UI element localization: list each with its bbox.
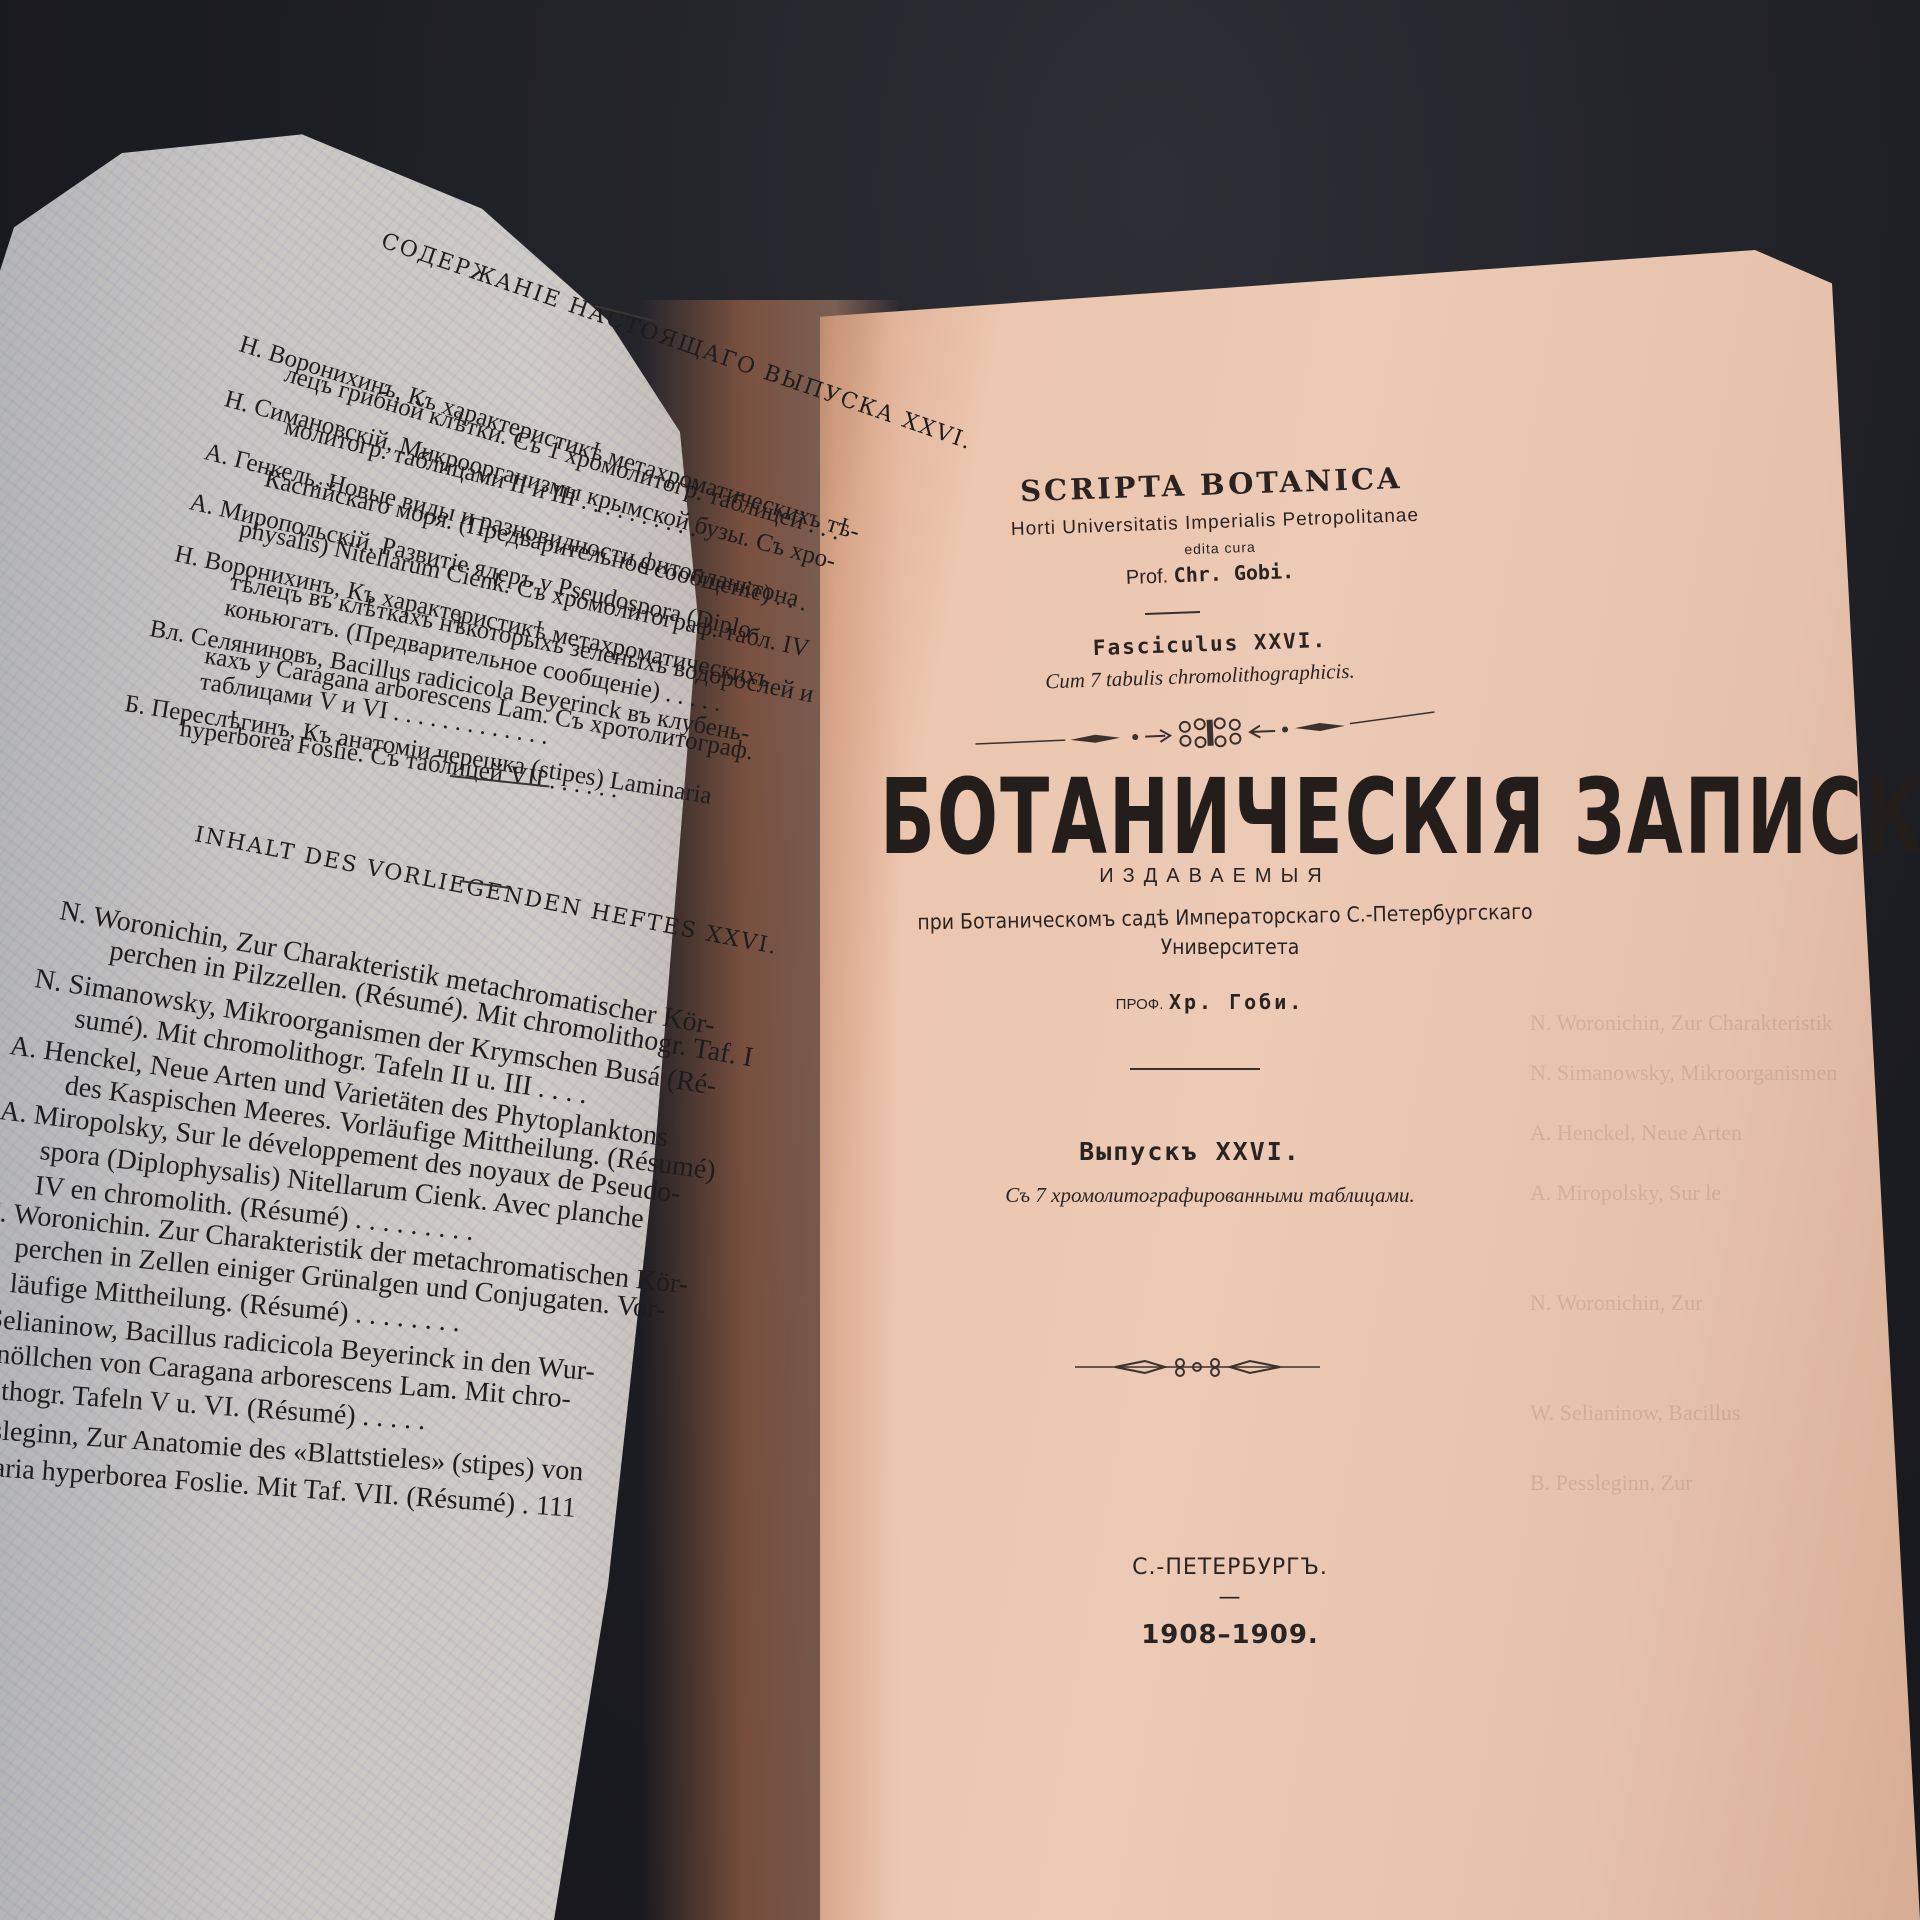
russian-editor-prefix: ПРОФ.: [1116, 996, 1164, 1013]
editor-prefix: Prof.: [1126, 565, 1169, 588]
russian-editor-name: Хр. Гоби.: [1169, 990, 1304, 1014]
published-label: ИЗДАВАЕМЫЯ: [1050, 865, 1380, 888]
ornamental-divider-small-icon: [1075, 1352, 1320, 1382]
russian-title: БОТАНИЧЕСКІЯ ЗАПИСКИ,: [880, 756, 1620, 878]
contents-page-content: СОДЕРЖАНІЕ НАСТОЯЩАГО ВЫПУСКА XXVI. Н. В…: [0, 0, 900, 1920]
dash-separator: —: [1180, 1585, 1280, 1610]
russian-editor-line: ПРОФ. Хр. Гоби.: [1060, 990, 1360, 1015]
publication-years: 1908–1909.: [1080, 1620, 1380, 1650]
editor-name: Chr. Gobi.: [1173, 559, 1294, 587]
issue-note: Съ 7 хромолитографированными таблицами.: [920, 1183, 1500, 1208]
divider-medium: [1130, 1068, 1260, 1070]
publisher-line-2: Университета: [1080, 935, 1380, 959]
publication-city: С.-ПЕТЕРБУРГЪ.: [1080, 1555, 1380, 1580]
issue-number: Выпускъ XXVI.: [1030, 1137, 1350, 1166]
